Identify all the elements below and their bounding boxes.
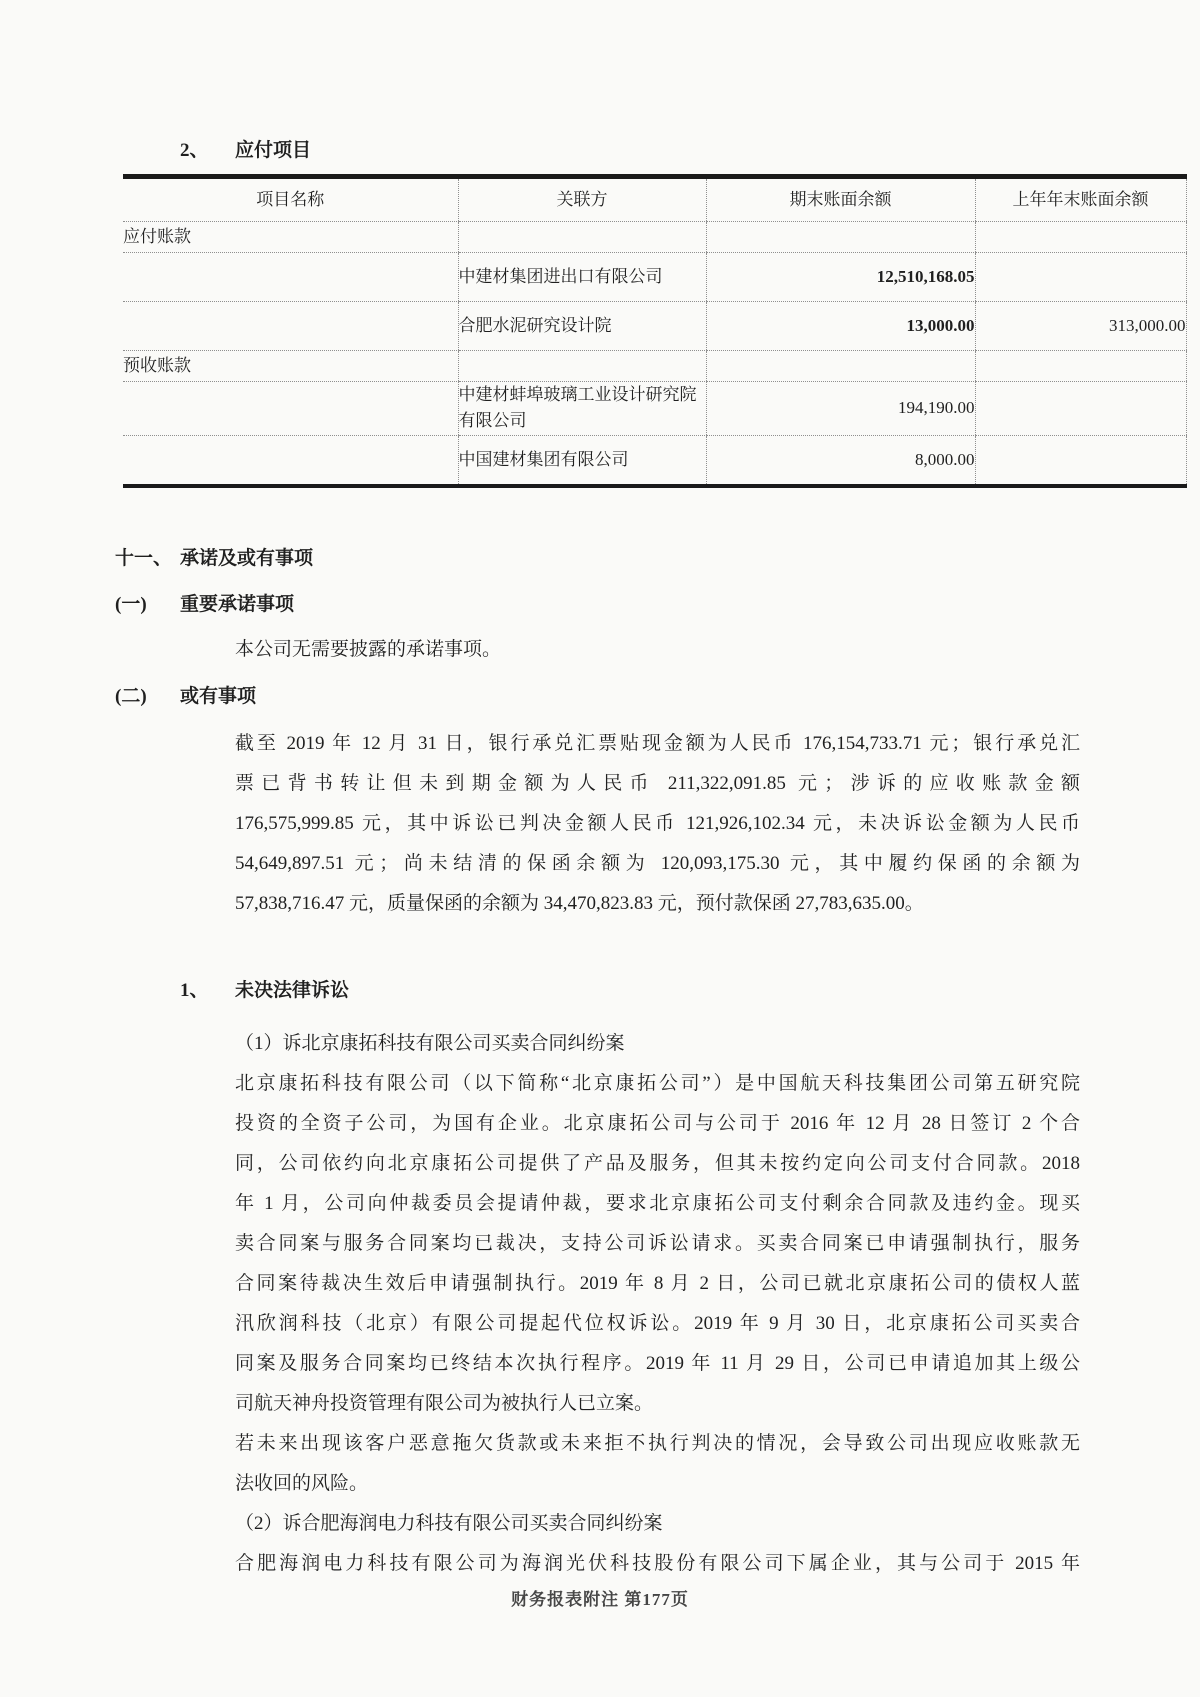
table-row: 预收账款 bbox=[123, 351, 1186, 382]
paragraph-line: 合同案待裁决生效后申请强制执行。2019 年 8 月 2 日，公司已就北京康拓公… bbox=[235, 1264, 1080, 1304]
col-header-prior-balance: 上年年末账面余额 bbox=[975, 177, 1186, 222]
col-header-item: 项目名称 bbox=[123, 177, 458, 222]
party-cell: 中国建材集团有限公司 bbox=[458, 435, 706, 486]
paragraph-line: 票已背书转让但未到期金额为人民币 211,322,091.85 元；涉诉的应收账… bbox=[235, 764, 1080, 804]
ending-balance-cell: 12,510,168.05 bbox=[706, 253, 975, 302]
item-cell bbox=[123, 253, 458, 302]
party-cell: 合肥水泥研究设计院 bbox=[458, 302, 706, 351]
ending-balance-cell: 194,190.00 bbox=[706, 382, 975, 436]
paragraph-line: 同，公司依约向北京康拓公司提供了产品及服务，但其未按约定向公司支付合同款。201… bbox=[235, 1144, 1080, 1184]
paragraph-line: 北京康拓科技有限公司（以下简称“北京康拓公司”）是中国航天科技集团公司第五研究院 bbox=[235, 1064, 1080, 1104]
payables-heading-number: 2、 bbox=[180, 138, 235, 164]
ending-balance-cell: 13,000.00 bbox=[706, 302, 975, 351]
subsection-number: 1、 bbox=[180, 978, 235, 1004]
prior-balance-cell bbox=[975, 435, 1186, 486]
party-cell: 中建材蚌埠玻璃工业设计研究院有限公司 bbox=[458, 382, 706, 436]
party-cell bbox=[458, 351, 706, 382]
paragraph-line: 176,575,999.85 元，其中诉讼已判决金额人民币 121,926,10… bbox=[235, 804, 1080, 844]
prior-balance-cell bbox=[975, 382, 1186, 436]
ending-balance-cell bbox=[706, 222, 975, 253]
litigation-cases: （1）诉北京康拓科技有限公司买卖合同纠纷案 北京康拓科技有限公司（以下简称“北京… bbox=[235, 1024, 1080, 1584]
paragraph-line: 投资的全资子公司，为国有企业。北京康拓公司与公司于 2016 年 12 月 28… bbox=[235, 1104, 1080, 1144]
section-number: 十一、 bbox=[115, 546, 180, 572]
risk-paragraph-line: 法收回的风险。 bbox=[235, 1464, 1080, 1504]
paragraph-line: 年 1 月，公司向仲裁委员会提请仲裁，要求北京康拓公司支付剩余合同款及违约金。现… bbox=[235, 1184, 1080, 1224]
case2-heading: （2）诉合肥海润电力科技有限公司买卖合同纠纷案 bbox=[235, 1504, 1080, 1544]
contingencies-paragraph: 截至 2019 年 12 月 31 日，银行承兑汇票贴现金额为人民币 176,1… bbox=[235, 724, 1080, 924]
subsection-title: 或有事项 bbox=[180, 684, 256, 710]
col-header-ending-balance: 期末账面余额 bbox=[706, 177, 975, 222]
table-row: 应付账款 bbox=[123, 222, 1186, 253]
item-cell: 预收账款 bbox=[123, 351, 458, 382]
payables-heading: 2、 应付项目 bbox=[180, 138, 1200, 164]
item-cell bbox=[123, 382, 458, 436]
ending-balance-cell bbox=[706, 351, 975, 382]
item-cell bbox=[123, 302, 458, 351]
pending-litigation-heading: 1、 未决法律诉讼 bbox=[180, 978, 1200, 1004]
col-header-party: 关联方 bbox=[458, 177, 706, 222]
item-cell: 应付账款 bbox=[123, 222, 458, 253]
table-row: 中建材集团进出口有限公司 12,510,168.05 bbox=[123, 253, 1186, 302]
major-commitments-heading: (一) 重要承诺事项 bbox=[115, 592, 1200, 618]
prior-balance-cell bbox=[975, 253, 1186, 302]
case1-heading: （1）诉北京康拓科技有限公司买卖合同纠纷案 bbox=[235, 1024, 1080, 1064]
subsection-title: 未决法律诉讼 bbox=[235, 978, 349, 1004]
subsection-title: 重要承诺事项 bbox=[180, 592, 294, 618]
prior-balance-cell bbox=[975, 222, 1186, 253]
payables-heading-title: 应付项目 bbox=[235, 138, 311, 164]
party-cell bbox=[458, 222, 706, 253]
subsection-number: (一) bbox=[115, 592, 180, 618]
paragraph-line: 司航天神舟投资管理有限公司为被执行人已立案。 bbox=[235, 1384, 1080, 1424]
subsection-number: (二) bbox=[115, 684, 180, 710]
prior-balance-cell: 313,000.00 bbox=[975, 302, 1186, 351]
paragraph-line: 合肥海润电力科技有限公司为海润光伏科技股份有限公司下属企业，其与公司于 2015… bbox=[235, 1544, 1080, 1584]
contingencies-heading: (二) 或有事项 bbox=[115, 684, 1200, 710]
party-cell: 中建材集团进出口有限公司 bbox=[458, 253, 706, 302]
paragraph-line: 57,838,716.47 元，质量保函的余额为 34,470,823.83 元… bbox=[235, 884, 1080, 924]
section-title: 承诺及或有事项 bbox=[180, 546, 313, 572]
table-row: 中国建材集团有限公司 8,000.00 bbox=[123, 435, 1186, 486]
paragraph-line: 同案及服务合同案均已终结本次执行程序。2019 年 11 月 29 日，公司已申… bbox=[235, 1344, 1080, 1384]
document-page: 2、 应付项目 项目名称 关联方 期末账面余额 上年年末账面余额 应付账款 中建… bbox=[0, 0, 1200, 1697]
page-footer: 财务报表附注 第177页 bbox=[0, 1585, 1200, 1610]
paragraph-line: 54,649,897.51 元；尚未结清的保函余额为 120,093,175.3… bbox=[235, 844, 1080, 884]
paragraph-line: 卖合同案与服务合同案均已裁决，支持公司诉讼请求。买卖合同案已申请强制执行，服务 bbox=[235, 1224, 1080, 1264]
commitments-section-heading: 十一、 承诺及或有事项 bbox=[115, 546, 1200, 572]
ending-balance-cell: 8,000.00 bbox=[706, 435, 975, 486]
risk-paragraph-line: 若未来出现该客户恶意拖欠货款或未来拒不执行判决的情况，会导致公司出现应收账款无 bbox=[235, 1424, 1080, 1464]
paragraph-line: 截至 2019 年 12 月 31 日，银行承兑汇票贴现金额为人民币 176,1… bbox=[235, 724, 1080, 764]
table-header-row: 项目名称 关联方 期末账面余额 上年年末账面余额 bbox=[123, 177, 1186, 222]
table-row: 中建材蚌埠玻璃工业设计研究院有限公司 194,190.00 bbox=[123, 382, 1186, 436]
prior-balance-cell bbox=[975, 351, 1186, 382]
table-row: 合肥水泥研究设计院 13,000.00 313,000.00 bbox=[123, 302, 1186, 351]
major-commitments-body: 本公司无需要披露的承诺事项。 bbox=[235, 636, 1200, 664]
paragraph-line: 汛欣润科技（北京）有限公司提起代位权诉讼。2019 年 9 月 30 日，北京康… bbox=[235, 1304, 1080, 1344]
payables-table: 项目名称 关联方 期末账面余额 上年年末账面余额 应付账款 中建材集团进出口有限… bbox=[123, 174, 1187, 488]
item-cell bbox=[123, 435, 458, 486]
